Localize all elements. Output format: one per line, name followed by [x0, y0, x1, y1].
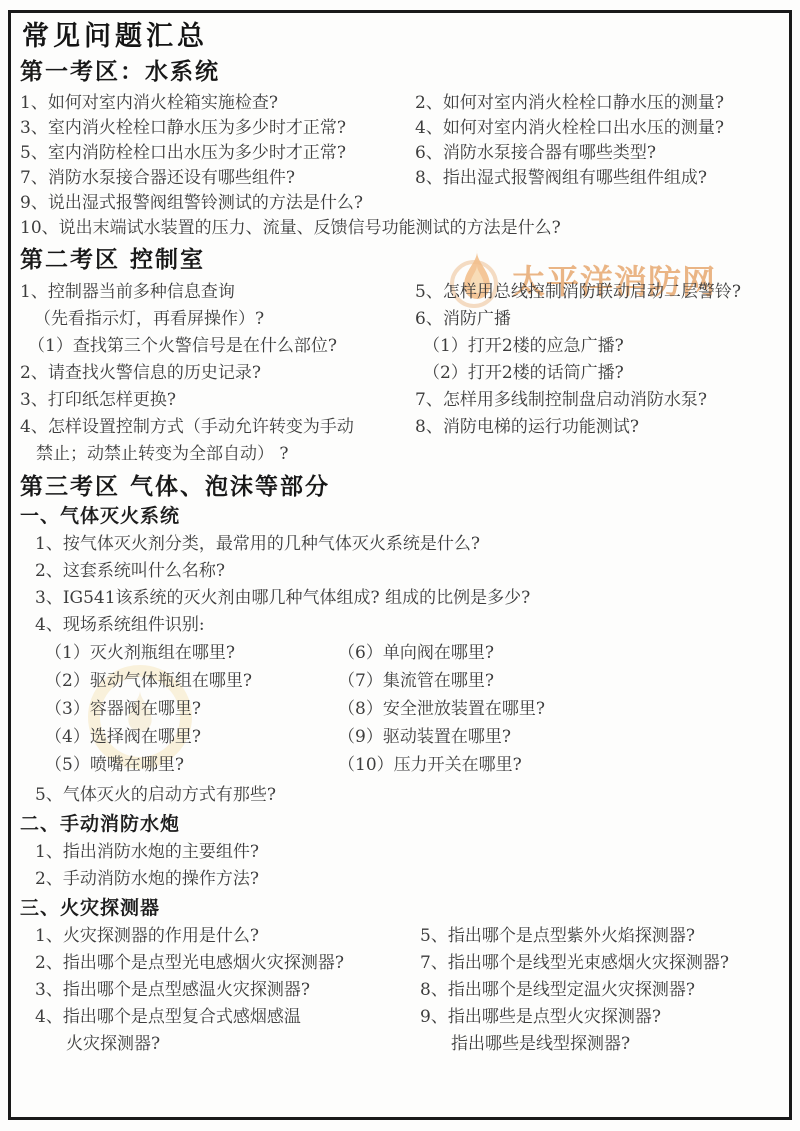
question: 5、指出哪个是点型紫外火焰探测器? [420, 923, 786, 950]
question: 3、打印纸怎样更换? [20, 387, 415, 414]
question: 9、说出湿式报警阀组警铃测试的方法是什么? [20, 191, 786, 216]
question: 7、指出哪个是线型光束感烟火灾探测器? [420, 950, 786, 977]
question: 9、指出哪些是点型火灾探测器? [420, 1004, 786, 1031]
question: 2、如何对室内消火栓栓口静水压的测量? [415, 91, 786, 116]
question: 1、指出消防水炮的主要组件? [35, 839, 786, 866]
component-list-left: （1）灭火剂瓶组在哪里? （2）驱动气体瓶组在哪里? （3）容器阀在哪里? （4… [45, 639, 338, 779]
page-title: 常见问题汇总 [22, 14, 786, 53]
question: （先看指示灯，再看屏操作）? [20, 306, 415, 333]
question: 4、指出哪个是点型复合式感烟感温 [35, 1004, 420, 1031]
section2-left-column: 1、控制器当前多种信息查询 （先看指示灯，再看屏操作）? （1）查找第三个火警信… [20, 279, 415, 468]
question: 7、消防水泵接合器还设有哪些组件? [20, 166, 415, 191]
question: 1、按气体灭火剂分类，最常用的几种气体灭火系统是什么? [35, 531, 786, 558]
question: （10）压力开关在哪里? [338, 751, 786, 779]
question: 指出哪些是线型探测器? [420, 1031, 786, 1058]
subsection-detector-heading: 三、火灾探测器 [20, 893, 786, 920]
question-row: 1、如何对室内消火栓箱实施检查? 2、如何对室内消火栓栓口静水压的测量? [20, 91, 786, 116]
detector-right-column: 5、指出哪个是点型紫外火焰探测器? 7、指出哪个是线型光束感烟火灾探测器? 8、… [420, 923, 786, 1058]
component-list: （1）灭火剂瓶组在哪里? （2）驱动气体瓶组在哪里? （3）容器阀在哪里? （4… [45, 639, 786, 779]
question: （2）打开2楼的话筒广播? [415, 360, 786, 387]
question: （3）容器阀在哪里? [45, 695, 338, 723]
question: 3、IG541该系统的灭火剂由哪几种气体组成? 组成的比例是多少? [35, 585, 786, 612]
question: （7）集流管在哪里? [338, 667, 786, 695]
question: 2、请查找火警信息的历史记录? [20, 360, 415, 387]
question-row: 3、室内消火栓栓口静水压为多少时才正常? 4、如何对室内消火栓栓口出水压的测量? [20, 116, 786, 141]
section2-right-column: 5、怎样用总线控制消防联动启动二层警铃? 6、消防广播 （1）打开2楼的应急广播… [415, 279, 786, 468]
question: （5）喷嘴在哪里? [45, 751, 338, 779]
question: 1、控制器当前多种信息查询 [20, 279, 415, 306]
question: 3、室内消火栓栓口静水压为多少时才正常? [20, 116, 415, 141]
question: （1）灭火剂瓶组在哪里? [45, 639, 338, 667]
question: 5、怎样用总线控制消防联动启动二层警铃? [415, 279, 786, 306]
subsection-gas-heading: 一、气体灭火系统 [20, 501, 786, 528]
question: 4、怎样设置控制方式（手动允许转变为手动 [20, 414, 415, 441]
question: （2）驱动气体瓶组在哪里? [45, 667, 338, 695]
section-gas-foam: 第三考区 气体、泡沫等部分 一、气体灭火系统 1、按气体灭火剂分类，最常用的几种… [20, 468, 786, 1058]
question: 3、指出哪个是点型感温火灾探测器? [35, 977, 420, 1004]
question: 2、这套系统叫什么名称? [35, 558, 786, 585]
subsection-water-cannon-heading: 二、手动消防水炮 [20, 809, 786, 836]
question: （9）驱动装置在哪里? [338, 723, 786, 751]
question: 6、消防广播 [415, 306, 786, 333]
question: 2、指出哪个是点型光电感烟火灾探测器? [35, 950, 420, 977]
question: 8、指出哪个是线型定温火灾探测器? [420, 977, 786, 1004]
gas-system-items: 1、按气体灭火剂分类，最常用的几种气体灭火系统是什么? 2、这套系统叫什么名称?… [35, 531, 786, 639]
question: （1）打开2楼的应急广播? [415, 333, 786, 360]
question: 2、手动消防水炮的操作方法? [35, 866, 786, 893]
question: 1、火灾探测器的作用是什么? [35, 923, 420, 950]
section3-heading: 第三考区 气体、泡沫等部分 [20, 468, 786, 501]
question: （6）单向阀在哪里? [338, 639, 786, 667]
question: 4、如何对室内消火栓栓口出水压的测量? [415, 116, 786, 141]
question: 5、室内消防栓栓口出水压为多少时才正常? [20, 141, 415, 166]
question: （1）查找第三个火警信号是在什么部位? [20, 333, 415, 360]
component-list-right: （6）单向阀在哪里? （7）集流管在哪里? （8）安全泄放装置在哪里? （9）驱… [338, 639, 786, 779]
water-cannon-items: 1、指出消防水炮的主要组件? 2、手动消防水炮的操作方法? [35, 839, 786, 893]
question: 6、消防水泵接合器有哪些类型? [415, 141, 786, 166]
question: 7、怎样用多线制控制盘启动消防水泵? [415, 387, 786, 414]
question: 5、气体灭火的启动方式有那些? [35, 782, 786, 809]
question: 1、如何对室内消火栓箱实施检查? [20, 91, 415, 116]
question: 8、指出湿式报警阀组有哪些组件组成? [415, 166, 786, 191]
section-control-room: 第二考区 控制室 1、控制器当前多种信息查询 （先看指示灯，再看屏操作）? （1… [20, 241, 786, 468]
question: 禁止；动禁止转变为全部自动） ? [20, 441, 415, 468]
section2-heading: 第二考区 控制室 [20, 241, 786, 274]
question: 10、说出末端试水装置的压力、流量、反馈信号功能测试的方法是什么? [20, 216, 786, 241]
question: 4、现场系统组件识别: [35, 612, 786, 639]
question-row: 5、室内消防栓栓口出水压为多少时才正常? 6、消防水泵接合器有哪些类型? [20, 141, 786, 166]
question: （8）安全泄放装置在哪里? [338, 695, 786, 723]
section-water-system: 第一考区：水系统 1、如何对室内消火栓箱实施检查? 2、如何对室内消火栓栓口静水… [20, 53, 786, 241]
document-page: 太平洋消防网 常见问题汇总 第一考区：水系统 1、如何对室内消火栓箱实施检查? … [0, 0, 800, 1131]
section1-heading: 第一考区：水系统 [20, 53, 786, 86]
question: 8、消防电梯的运行功能测试? [415, 414, 786, 441]
question: 火灾探测器? [35, 1031, 420, 1058]
question-row: 7、消防水泵接合器还设有哪些组件? 8、指出湿式报警阀组有哪些组件组成? [20, 166, 786, 191]
question: （4）选择阀在哪里? [45, 723, 338, 751]
detector-left-column: 1、火灾探测器的作用是什么? 2、指出哪个是点型光电感烟火灾探测器? 3、指出哪… [20, 923, 420, 1058]
